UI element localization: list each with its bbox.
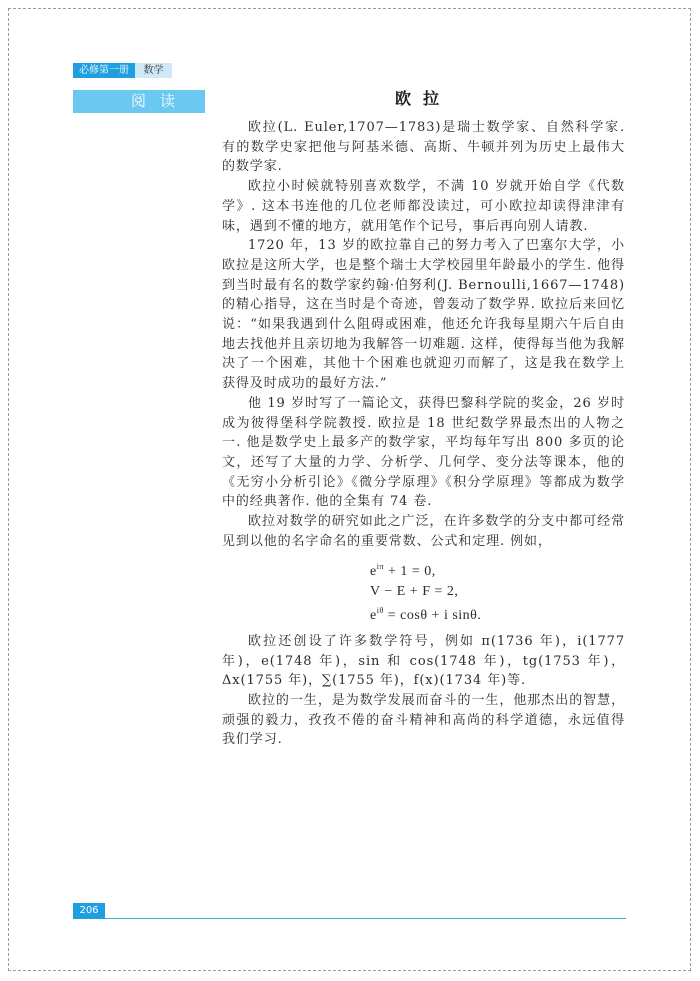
formula-base: e	[370, 564, 377, 579]
formula-base: V − E + F = 2,	[370, 584, 458, 599]
formula-rest: = cosθ + i sinθ.	[384, 608, 482, 623]
formula-exponent: iθ	[377, 606, 384, 615]
formula-euler-polyhedron: V − E + F = 2,	[370, 582, 625, 602]
formula-euler-formula: eiθ = cosθ + i sinθ.	[370, 601, 625, 626]
subject-label: 数学	[135, 63, 172, 78]
paragraph: 欧拉对数学的研究如此之广泛，在许多数学的分支中都可经常见到以他的名字命名的重要常…	[222, 512, 625, 551]
paragraph: 欧拉(L. Euler,1707—1783)是瑞士数学家、自然科学家. 有的数学…	[222, 118, 625, 177]
formula-base: e	[370, 608, 377, 623]
book-badge: 必修第一册 数学	[73, 63, 172, 78]
footer-rule	[105, 918, 626, 919]
formula-block: eiπ + 1 = 0, V − E + F = 2, eiθ = cosθ +…	[370, 557, 625, 626]
formula-exponent: iπ	[377, 562, 384, 571]
formula-euler-identity: eiπ + 1 = 0,	[370, 557, 625, 582]
paragraph: 欧拉的一生，是为数学发展而奋斗的一生，他那杰出的智慧，顽强的毅力，孜孜不倦的奋斗…	[222, 691, 625, 750]
page-footer: 206	[73, 903, 626, 919]
paragraph: 他 19 岁时写了一篇论文，获得巴黎科学院的奖金，26 岁时成为彼得堡科学院教授…	[222, 394, 625, 512]
formula-rest: + 1 = 0,	[384, 564, 436, 579]
volume-label: 必修第一册	[73, 63, 135, 78]
article-title: 欧拉	[222, 88, 624, 110]
article-body: 欧拉(L. Euler,1707—1783)是瑞士数学家、自然科学家. 有的数学…	[222, 118, 625, 750]
paragraph: 欧拉小时候就特别喜欢数学，不满 10 岁就开始自学《代数学》. 这本书连他的几位…	[222, 177, 625, 236]
paragraph: 欧拉还创设了许多数学符号，例如 π(1736 年)，i(1777 年)，e(17…	[222, 632, 625, 691]
page-number: 206	[73, 903, 105, 919]
paragraph: 1720 年，13 岁的欧拉靠自己的努力考入了巴塞尔大学，小欧拉是这所大学，也是…	[222, 236, 625, 394]
section-label: 阅读	[73, 90, 205, 113]
